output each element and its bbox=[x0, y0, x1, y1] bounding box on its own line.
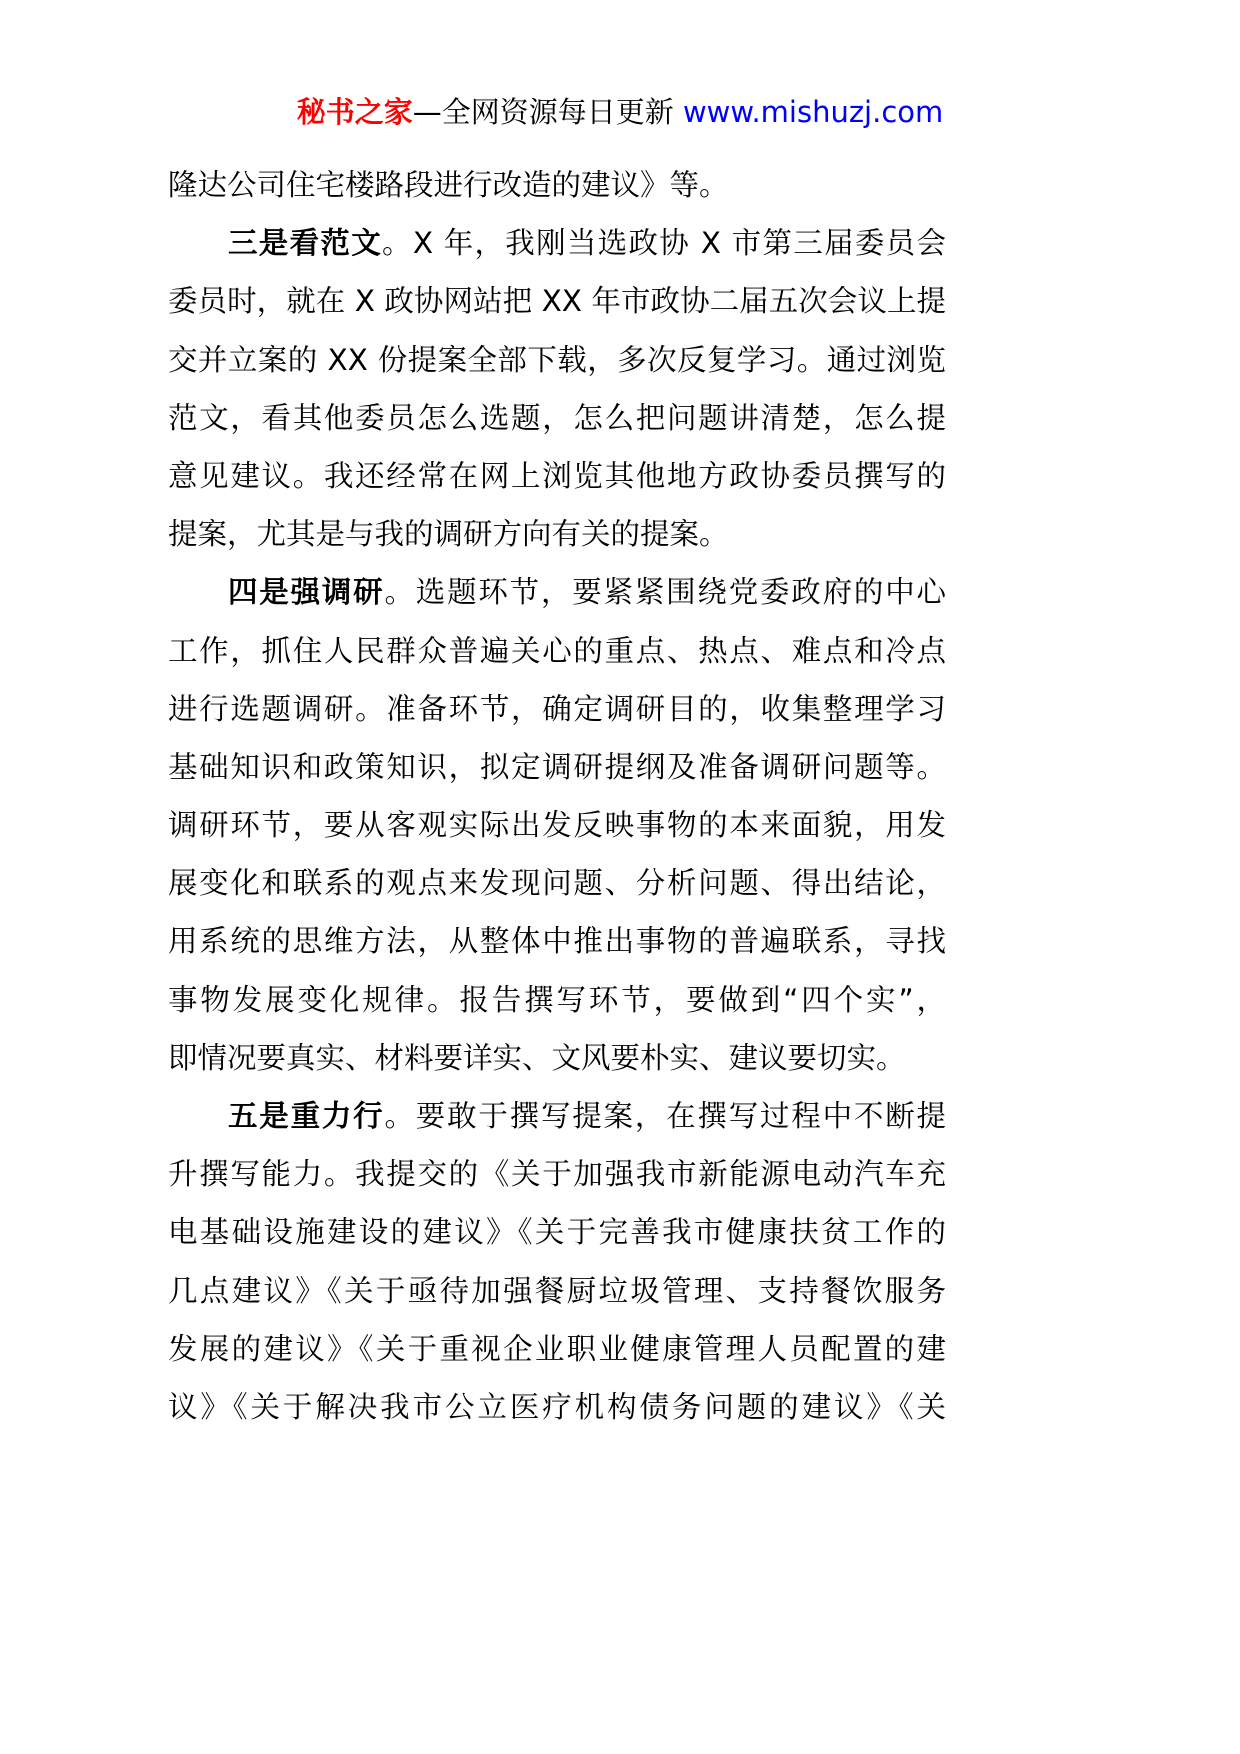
text-line: 工作，抓住人民群众普遍关心的重点、热点、难点和冷点 bbox=[168, 622, 946, 680]
text-line: 电基础设施建设的建议》《关于完善我市健康扶贫工作的 bbox=[168, 1203, 946, 1261]
text-line: 几点建议》《关于亟待加强餐厨垃圾管理、支持餐饮服务 bbox=[168, 1262, 946, 1320]
text-line: 调研环节，要从客观实际出发反映事物的本来面貌，用发 bbox=[168, 796, 946, 854]
paragraph-heading-line: 四是强调研。选题环节，要紧紧围绕党委政府的中心 bbox=[168, 563, 946, 621]
paragraph-heading: 五是重力行 bbox=[228, 1099, 384, 1133]
document-body: 隆达公司住宅楼路段进行改造的建议》等。 三是看范文。X 年，我刚当选政协 X 市… bbox=[168, 156, 946, 1436]
paragraph-heading-line: 五是重力行。要敢于撰写提案，在撰写过程中不断提 bbox=[168, 1087, 946, 1145]
paragraph-heading: 三是看范文 bbox=[228, 226, 382, 260]
watermark-header: 秘书之家—全网资源每日更新 www.mishuzj.com bbox=[0, 92, 1240, 132]
text-line: 展变化和联系的观点来发现问题、分析问题、得出结论， bbox=[168, 854, 946, 912]
text-line: 用系统的思维方法，从整体中推出事物的普遍联系，寻找 bbox=[168, 912, 946, 970]
paragraph-heading: 四是强调研 bbox=[228, 575, 384, 609]
site-brand: 秘书之家 bbox=[297, 95, 413, 129]
text-line: 范文，看其他委员怎么选题，怎么把问题讲清楚，怎么提 bbox=[168, 389, 946, 447]
text-line: 隆达公司住宅楼路段进行改造的建议》等。 bbox=[168, 156, 946, 214]
text-line: 意见建议。我还经常在网上浏览其他地方政协委员撰写的 bbox=[168, 447, 946, 505]
text-line: 即情况要真实、材料要详实、文风要朴实、建议要切实。 bbox=[168, 1029, 946, 1087]
text-line: 议》《关于解决我市公立医疗机构债务问题的建议》《关 bbox=[168, 1378, 946, 1436]
text-line: 基础知识和政策知识，拟定调研提纲及准备调研问题等。 bbox=[168, 738, 946, 796]
paragraph-heading-line: 三是看范文。X 年，我刚当选政协 X 市第三届委员会 bbox=[168, 214, 946, 272]
text-line: 发展的建议》《关于重视企业职业健康管理人员配置的建 bbox=[168, 1320, 946, 1378]
text-line: 交并立案的 XX 份提案全部下载，多次反复学习。通过浏览 bbox=[168, 331, 946, 389]
site-url-link[interactable]: www.mishuzj.com bbox=[683, 95, 943, 129]
site-tagline: —全网资源每日更新 bbox=[413, 95, 683, 129]
text-line: 进行选题调研。准备环节，确定调研目的，收集整理学习 bbox=[168, 680, 946, 738]
text-line: 事物发展变化规律。报告撰写环节，要做到“四个实”， bbox=[168, 971, 946, 1029]
text-line: 升撰写能力。我提交的《关于加强我市新能源电动汽车充 bbox=[168, 1145, 946, 1203]
text-line: 委员时，就在 X 政协网站把 XX 年市政协二届五次会议上提 bbox=[168, 272, 946, 330]
text-line: 提案，尤其是与我的调研方向有关的提案。 bbox=[168, 505, 946, 563]
